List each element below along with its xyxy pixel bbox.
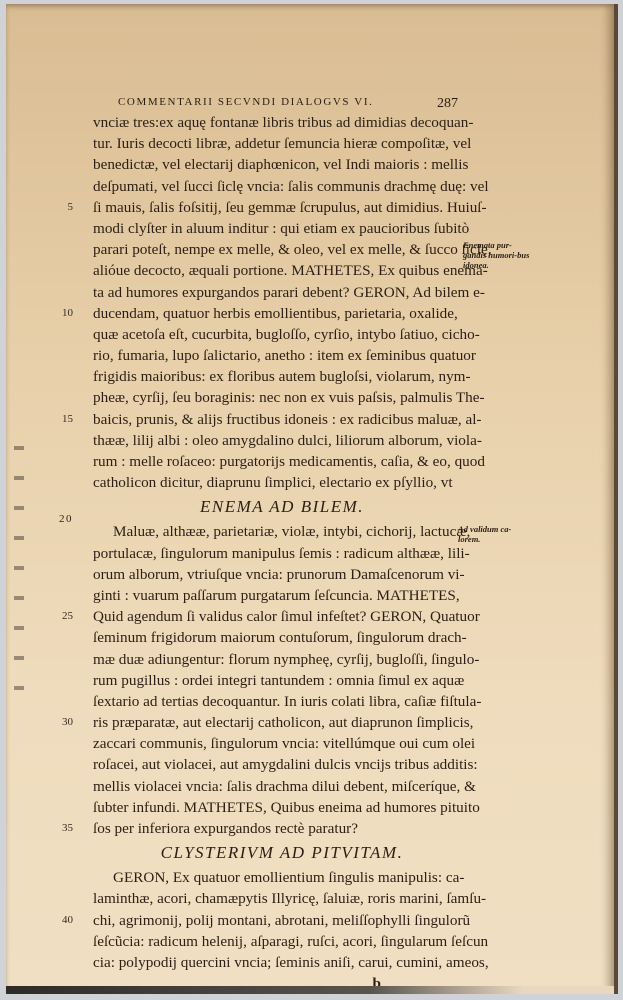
line-text: ris præparatæ, aut electarij catholicon,… [93, 712, 473, 733]
text-line: quæ acetoſa eſt, cucurbita, bugloſſo, cy… [71, 324, 471, 345]
heading-text: ENEMA AD BILEM. [200, 497, 364, 516]
line-text: catholicon dicitur, diaprunu ſimplici, e… [93, 472, 453, 493]
line-text: Quid agendum ſi validus calor ſimul infe… [93, 606, 480, 627]
signature-mark: b [71, 973, 471, 994]
text-line: ſeſcũcia: radicum helenij, aſparagi, ruſ… [71, 931, 471, 952]
text-line: portulacæ, ſingulorum manipulus ſemis : … [71, 543, 471, 564]
text-line: Maluæ, althææ, parietariæ, violæ, intybi… [71, 521, 471, 542]
text-line: ſextario ad tertias decoquantur. In iuri… [71, 691, 471, 712]
line-text: ta ad humores expurgandos parari debent?… [93, 282, 485, 303]
line-text: ſeſcũcia: radicum helenij, aſparagi, ruſ… [93, 931, 488, 952]
line-text: rum pugillus : ordei integri tantundem :… [93, 670, 464, 691]
line-number: 10 [43, 303, 73, 324]
line-text: rio, fumaria, lupo ſalictario, anetho : … [93, 345, 476, 366]
line-text: vnciæ tres:ex aquę fontanæ libris tribus… [93, 112, 473, 133]
margin-note-enemata: Enemata pur-gandis humori-bus idonea. [463, 240, 533, 270]
text-line: 25Quid agendum ſi validus calor ſimul in… [71, 606, 471, 627]
text-line: deſpumati, vel ſucci ſiclę vncia: ſalis … [71, 176, 471, 197]
line-text: GERON, Ex quatuor emollientium ſingulis … [113, 867, 464, 888]
page-number: 287 [437, 96, 458, 112]
line-text: parari poteſt, nempe ex melle, & oleo, v… [93, 239, 492, 260]
text-line: 10ducendam, quatuor herbis emollientibus… [71, 303, 471, 324]
line-text: quæ acetoſa eſt, cucurbita, bugloſſo, cy… [93, 324, 480, 345]
line-text: deſpumati, vel ſucci ſiclę vncia: ſalis … [93, 176, 489, 197]
running-head: COMMENTARII SECVNDI DIALOGVS VI. 287 [118, 96, 458, 112]
section-heading-enema: 20 ENEMA AD BILEM. [71, 493, 471, 521]
text-line: modi clyſter in aluum inditur : qui etia… [71, 218, 471, 239]
text-line: mellis violacei vncia: ſalis drachma dil… [71, 776, 471, 797]
text-line: roſacei, aut violacei, aut amygdalini du… [71, 754, 471, 775]
line-text: ſubter infundi. MATHETES, Quibus eneima … [93, 797, 480, 818]
line-text: mellis violacei vncia: ſalis drachma dil… [93, 776, 476, 797]
text-line: 15baicis, prunis, & alijs fructibus idon… [71, 409, 471, 430]
text-line: ta ad humores expurgandos parari debent?… [71, 282, 471, 303]
text-line: mæ duæ adiungentur: florum nympheę, cyrſ… [71, 649, 471, 670]
text-line: vnciæ tres:ex aquę fontanæ libris tribus… [71, 112, 471, 133]
text-line: laminthæ, acori, chamæpytis Illyricę, ſa… [71, 888, 471, 909]
text-line: alióue decocto, æquali portione. MATHETE… [71, 260, 471, 281]
line-number: 25 [43, 606, 73, 627]
line-text: mæ duæ adiungentur: florum nympheę, cyrſ… [93, 649, 479, 670]
line-text: benedictæ, vel electarij diaphœnicon, ve… [93, 154, 468, 175]
line-number: 40 [43, 910, 73, 931]
line-text: ginti : vuarum paſſarum purgatarum ſeſcu… [93, 585, 460, 606]
text-line: catholicon dicitur, diaprunu ſimplici, e… [71, 472, 471, 493]
line-text: ſeminum frigidorum maiorum contuſorum, ſ… [93, 627, 467, 648]
line-text: Maluæ, althææ, parietariæ, violæ, intybi… [113, 521, 470, 542]
line-text: portulacæ, ſingulorum manipulus ſemis : … [93, 543, 470, 564]
text-line: rum pugillus : ordei integri tantundem :… [71, 670, 471, 691]
text-line: ſubter infundi. MATHETES, Quibus eneima … [71, 797, 471, 818]
text-line: GERON, Ex quatuor emollientium ſingulis … [71, 867, 471, 888]
text-line: 35ſos per inferiora expurgandos rectè pa… [71, 818, 471, 839]
body-text: vnciæ tres:ex aquę fontanæ libris tribus… [71, 112, 471, 994]
line-text: pheæ, cyrſij, ſeu boraginis: nec non ex … [93, 387, 485, 408]
text-line: tur. Iuris decocti libræ, addetur ſemunc… [71, 133, 471, 154]
line-number: 5 [43, 197, 73, 218]
text-line: thææ, lilij albi : oleo amygdalino dulci… [71, 430, 471, 451]
section-heading-clysterium: CLYSTERIVM AD PITVITAM. [71, 839, 471, 867]
line-text: roſacei, aut violacei, aut amygdalini du… [93, 754, 478, 775]
text-line: zaccari communis, ſingulorum vncia: vite… [71, 733, 471, 754]
line-text: alióue decocto, æquali portione. MATHETE… [93, 260, 488, 281]
line-number: 15 [43, 409, 73, 430]
line-text: ſos per inferiora expurgandos rectè para… [93, 818, 358, 839]
line-text: orum alborum, vtriuſque vncia: prunorum … [93, 564, 465, 585]
text-line: 30ris præparatæ, aut electarij catholico… [71, 712, 471, 733]
adjacent-page-edge [14, 434, 24, 714]
text-line: rum : melle roſaceo: purgatorijs medicam… [71, 451, 471, 472]
text-line: benedictæ, vel electarij diaphœnicon, ve… [71, 154, 471, 175]
text-line: pheæ, cyrſij, ſeu boraginis: nec non ex … [71, 387, 471, 408]
text-line: ſeminum frigidorum maiorum contuſorum, ſ… [71, 627, 471, 648]
text-line: 40chi, agrimonij, polij montani, abrotan… [71, 910, 471, 931]
line-text: ducendam, quatuor herbis emollientibus, … [93, 303, 458, 324]
line-text: chi, agrimonij, polij montani, abrotani,… [93, 910, 470, 931]
line-text: modi clyſter in aluum inditur : qui etia… [93, 218, 469, 239]
line-text: ſextario ad tertias decoquantur. In iuri… [93, 691, 481, 712]
line-text: zaccari communis, ſingulorum vncia: vite… [93, 733, 475, 754]
text-line: 5ſi mauis, ſalis foſsitij, ſeu gemmæ ſcr… [71, 197, 471, 218]
line-text: ſi mauis, ſalis foſsitij, ſeu gemmæ ſcru… [93, 197, 487, 218]
running-head-title: COMMENTARII SECVNDI DIALOGVS VI. [118, 96, 373, 112]
line-text: rum : melle roſaceo: purgatorijs medicam… [93, 451, 485, 472]
text-line: rio, fumaria, lupo ſalictario, anetho : … [71, 345, 471, 366]
line-text: laminthæ, acori, chamæpytis Illyricę, ſa… [93, 888, 486, 909]
margin-note-validum: Ad validum ca-lorem. [458, 524, 528, 544]
text-line: cia: polypodij quercini vncia; ſeminis a… [71, 952, 471, 973]
text-line: ginti : vuarum paſſarum purgatarum ſeſcu… [71, 585, 471, 606]
line-text: tur. Iuris decocti libræ, addetur ſemunc… [93, 133, 471, 154]
heading-text: CLYSTERIVM AD PITVITAM. [161, 843, 404, 862]
text-line: orum alborum, vtriuſque vncia: prunorum … [71, 564, 471, 585]
book-page: COMMENTARII SECVNDI DIALOGVS VI. 287 vnc… [6, 4, 618, 994]
line-text: thææ, lilij albi : oleo amygdalino dulci… [93, 430, 482, 451]
text-line: parari poteſt, nempe ex melle, & oleo, v… [71, 239, 471, 260]
line-number: 30 [43, 712, 73, 733]
text-line: frigidis maioribus: ex floribus autem bu… [71, 366, 471, 387]
line-number: 35 [43, 818, 73, 839]
line-text: frigidis maioribus: ex floribus autem bu… [93, 366, 471, 387]
line-number: 20 [43, 505, 73, 533]
line-text: cia: polypodij quercini vncia; ſeminis a… [93, 952, 489, 973]
line-text: baicis, prunis, & alijs fructibus idonei… [93, 409, 481, 430]
